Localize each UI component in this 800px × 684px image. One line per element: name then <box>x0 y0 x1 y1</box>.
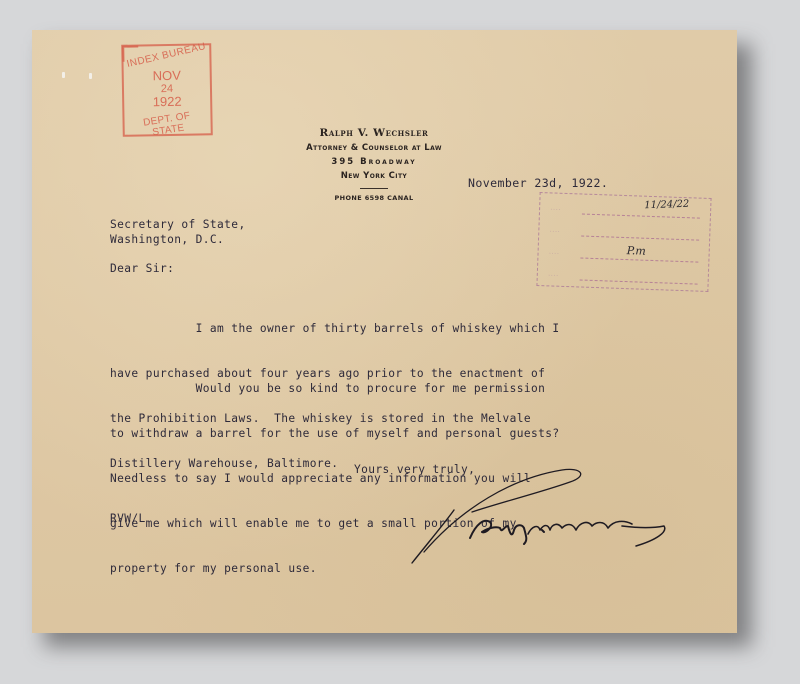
routing-line <box>582 214 700 219</box>
letterhead-title: Attorney & Counselor at Law <box>264 141 484 155</box>
handwritten-signature <box>392 468 692 568</box>
letterhead-name: Ralph V. Wechsler <box>264 126 484 141</box>
paragraph-line: Would you be so kind to procure for me p… <box>110 381 560 396</box>
paragraph-line: to withdraw a barrel for the use of myse… <box>110 426 560 441</box>
routing-initials-handwritten: P.m <box>626 244 646 258</box>
routing-label: ···· <box>548 248 559 257</box>
salutation: Dear Sir: <box>110 262 174 275</box>
stamp-month: NOV <box>124 67 210 83</box>
letterhead-divider <box>360 188 388 189</box>
typist-initials: RVW/L <box>110 512 146 525</box>
paragraph-line: I am the owner of thirty barrels of whis… <box>110 321 560 336</box>
stamp-year: 1922 <box>124 93 210 109</box>
routing-label: ···· <box>550 204 561 213</box>
routing-line <box>581 236 699 241</box>
routing-row: ···· <box>547 217 704 242</box>
letter-date: November 23d, 1922. <box>468 176 608 190</box>
recipient-line-1: Secretary of State, <box>110 218 246 231</box>
routing-line <box>580 279 698 284</box>
routing-row: ···· 11/24/22 <box>548 195 705 220</box>
letterhead: Ralph V. Wechsler Attorney & Counselor a… <box>264 126 484 203</box>
recipient-line-2: Washington, D.C. <box>110 233 224 246</box>
letter-paper: INDEX BUREAU NOV 24 1922 DEPT. OF STATE … <box>32 30 737 633</box>
letterhead-address: 395 Broadway <box>264 155 484 169</box>
routing-label: ···· <box>548 270 559 279</box>
routing-row: ···· <box>546 261 703 286</box>
punch-hole <box>89 73 92 79</box>
stamp-bottom-text: DEPT. OF STATE <box>125 108 209 143</box>
letterhead-city: New York City <box>264 169 484 183</box>
letterhead-phone: PHONE 6598 CANAL <box>264 193 484 203</box>
routing-row: ···· P.m <box>546 239 703 264</box>
routing-line <box>580 257 698 262</box>
routing-label: ···· <box>549 226 560 235</box>
routing-stamp: ···· 11/24/22 ···· ···· P.m ···· <box>536 192 711 292</box>
punch-hole <box>62 72 65 78</box>
routing-date-handwritten: 11/24/22 <box>644 199 689 212</box>
index-bureau-stamp: INDEX BUREAU NOV 24 1922 DEPT. OF STATE <box>121 43 213 137</box>
